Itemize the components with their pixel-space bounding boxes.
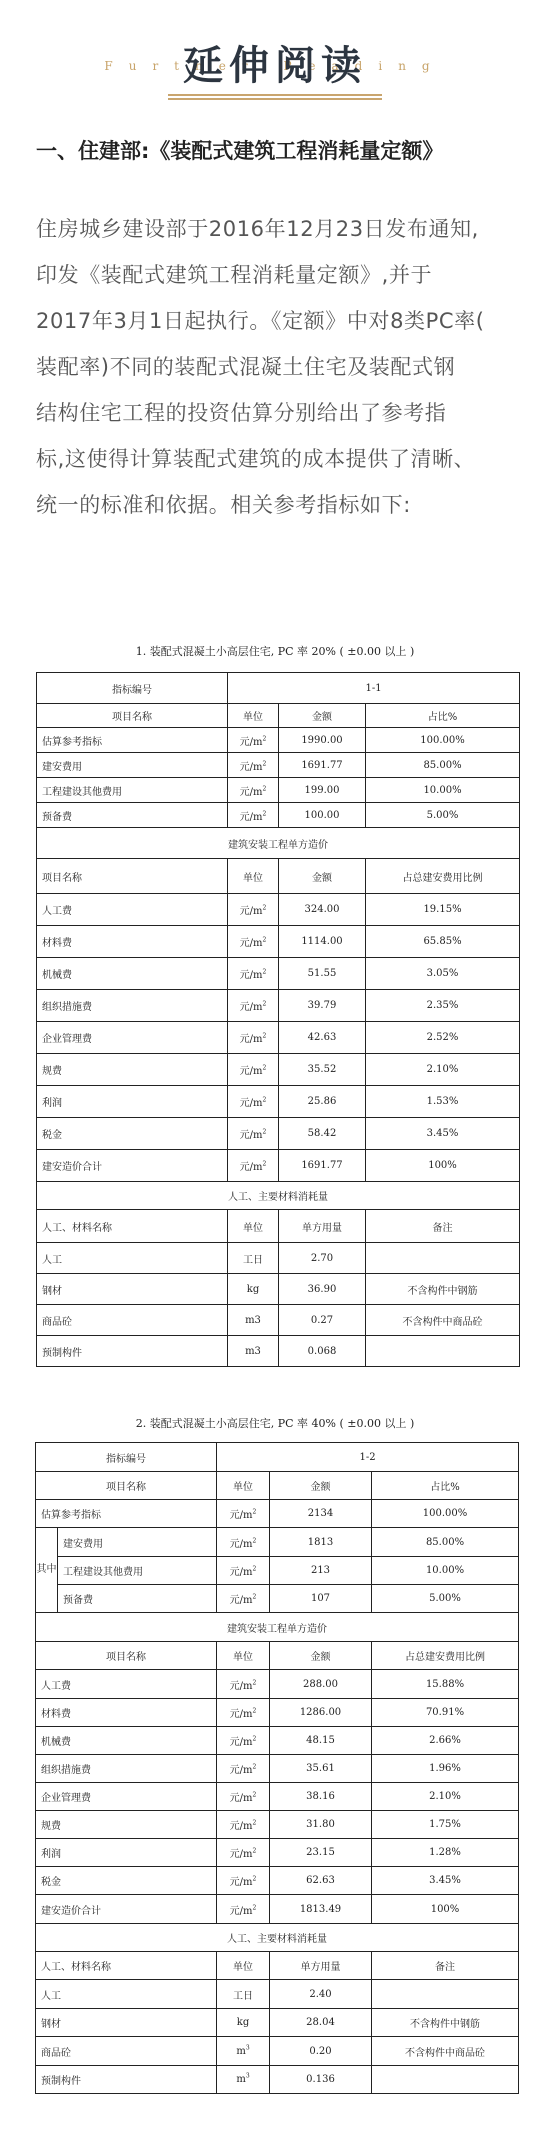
cell-pct: 1.96% (372, 1755, 519, 1783)
cell-pct: 10.00% (366, 778, 520, 803)
cell-name: 机械费 (37, 958, 228, 990)
cell-name: 人工费 (36, 1670, 217, 1699)
table-header-row: 项目名称 单位 金额 占总建安费用比例 (37, 859, 520, 894)
cell-name: 规费 (36, 1811, 217, 1839)
cell-name: 企业管理费 (36, 1783, 217, 1811)
col-header: 金额 (270, 1642, 372, 1670)
table-row: 材料费 元/m2 1286.00 70.91% (36, 1699, 519, 1727)
cell-pct: 1.75% (372, 1811, 519, 1839)
table-header-row: 项目名称 单位 金额 占比% (37, 704, 520, 728)
cell-name: 组织措施费 (37, 990, 228, 1022)
cell-amount: 23.15 (270, 1839, 372, 1867)
cell-unit: 元/m2 (217, 1585, 270, 1613)
cell-unit: 元/m2 (228, 1118, 279, 1150)
header-divider-bottom (168, 98, 382, 100)
cell-pct: 2.66% (372, 1727, 519, 1755)
cell-name: 钢材 (37, 1274, 228, 1305)
cell-name: 材料费 (37, 926, 228, 958)
cell-note: 不含构件中商品砼 (366, 1305, 520, 1336)
cell-amount: 58.42 (279, 1118, 366, 1150)
cell-name: 预备费 (58, 1585, 217, 1613)
table-row: 估算参考指标 元/m2 2134 100.00% (36, 1500, 519, 1528)
cell-amount: 100.00 (279, 803, 366, 828)
cell-amount: 35.52 (279, 1054, 366, 1086)
paragraph-line: 结构住宅工程的投资估算分别给出了参考指 (36, 390, 516, 436)
table-row: 指标编号 1-1 (37, 673, 520, 704)
table-row: 钢材 kg 28.04 不含构件中钢筋 (36, 2009, 519, 2037)
cell-note: 不含构件中商品砼 (372, 2037, 519, 2066)
cell-name: 钢材 (36, 2009, 217, 2037)
index-value: 1-1 (228, 673, 520, 704)
cell-name: 建安造价合计 (37, 1150, 228, 1182)
cell-pct: 2.35% (366, 990, 520, 1022)
cell-pct: 2.10% (366, 1054, 520, 1086)
cell-unit: m3 (228, 1336, 279, 1367)
cell-unit: 元/m2 (228, 1086, 279, 1118)
cell-pct: 85.00% (372, 1528, 519, 1557)
col-header: 占比% (372, 1472, 519, 1500)
cell-pct: 3.45% (366, 1118, 520, 1150)
cell-unit: 元/m2 (228, 803, 279, 828)
cell-unit: 元/m2 (217, 1699, 270, 1727)
cell-pct: 10.00% (372, 1557, 519, 1585)
cell-pct: 85.00% (366, 753, 520, 778)
table-1: 指标编号 1-1 项目名称 单位 金额 占比% 估算参考指标 元/m2 1990… (36, 672, 520, 1367)
cell-amount: 62.63 (270, 1867, 372, 1895)
cell-amount: 213 (270, 1557, 372, 1585)
header-title: 延伸阅读 (0, 42, 550, 90)
cell-name: 税金 (36, 1867, 217, 1895)
cell-amount: 1990.00 (279, 728, 366, 753)
cell-unit: 元/m2 (228, 1054, 279, 1086)
cell-amount: 35.61 (270, 1755, 372, 1783)
table-row: 商品砼 m3 0.27 不含构件中商品砼 (37, 1305, 520, 1336)
table-row: 税金 元/m2 58.42 3.45% (37, 1118, 520, 1150)
cell-unit: 元/m2 (217, 1727, 270, 1755)
cell-pct: 2.10% (372, 1783, 519, 1811)
group-label: 其中 (36, 1528, 58, 1613)
cell-unit: m3 (217, 2066, 270, 2094)
table-1-title: 1. 装配式混凝土小高层住宅, PC 率 20% ( ±0.00 以上 ) (0, 644, 550, 660)
cell-qty: 28.04 (270, 2009, 372, 2037)
col-header: 占比% (366, 704, 520, 728)
cell-name: 商品砼 (36, 2037, 217, 2066)
cell-name: 预制构件 (36, 2066, 217, 2094)
table-header-row: 人工、材料名称 单位 单方用量 备注 (36, 1952, 519, 1980)
table-row: 利润 元/m2 23.15 1.28% (36, 1839, 519, 1867)
cell-unit: kg (217, 2009, 270, 2037)
table-row: 建安造价合计 元/m2 1691.77 100% (37, 1150, 520, 1182)
cell-pct: 100.00% (366, 728, 520, 753)
cell-amount: 324.00 (279, 894, 366, 926)
cell-name: 利润 (37, 1086, 228, 1118)
index-label: 指标编号 (37, 673, 228, 704)
cell-name: 建安造价合计 (36, 1895, 217, 1924)
index-label: 指标编号 (36, 1443, 217, 1472)
paragraph-line: 2017年3月1日起执行。《定额》中对8类PC率( (36, 298, 516, 344)
cell-unit: 元/m2 (228, 1022, 279, 1054)
col-header: 占总建安费用比例 (366, 859, 520, 894)
cell-pct: 1.53% (366, 1086, 520, 1118)
section-row: 建筑安装工程单方造价 (36, 1613, 519, 1642)
cell-name: 估算参考指标 (37, 728, 228, 753)
table-row: 预制构件 m3 0.136 (36, 2066, 519, 2094)
cell-note: 不含构件中钢筋 (366, 1274, 520, 1305)
cell-note: 不含构件中钢筋 (372, 2009, 519, 2037)
cell-pct: 70.91% (372, 1699, 519, 1727)
cell-name: 建安费用 (37, 753, 228, 778)
cell-unit: 工日 (228, 1243, 279, 1274)
table-row: 预备费 元/m2 100.00 5.00% (37, 803, 520, 828)
cell-pct: 2.52% (366, 1022, 520, 1054)
cell-pct: 19.15% (366, 894, 520, 926)
section-title: 建筑安装工程单方造价 (37, 828, 520, 859)
table-row: 机械费 元/m2 48.15 2.66% (36, 1727, 519, 1755)
cell-unit: 元/m2 (217, 1557, 270, 1585)
cell-unit: 元/m2 (217, 1783, 270, 1811)
cell-name: 预备费 (37, 803, 228, 828)
paragraph-line: 装配率)不同的装配式混凝土住宅及装配式钢 (36, 344, 516, 390)
index-value: 1-2 (217, 1443, 519, 1472)
cell-pct: 3.05% (366, 958, 520, 990)
col-header: 项目名称 (36, 1642, 217, 1670)
cell-name: 人工 (37, 1243, 228, 1274)
cell-qty: 2.40 (270, 1980, 372, 2009)
cell-note (366, 1243, 520, 1274)
table-header-row: 人工、材料名称 单位 单方用量 备注 (37, 1210, 520, 1243)
cell-unit: 元/m2 (228, 728, 279, 753)
cell-name: 估算参考指标 (36, 1500, 217, 1528)
cell-unit: 工日 (217, 1980, 270, 2009)
cell-pct: 100% (366, 1150, 520, 1182)
table-row: 机械费 元/m2 51.55 3.05% (37, 958, 520, 990)
table-row: 企业管理费 元/m2 42.63 2.52% (37, 1022, 520, 1054)
cell-pct: 3.45% (372, 1867, 519, 1895)
cell-amount: 1813.49 (270, 1895, 372, 1924)
section-row: 人工、主要材料消耗量 (36, 1924, 519, 1952)
col-header: 占总建安费用比例 (372, 1642, 519, 1670)
cell-pct: 5.00% (372, 1585, 519, 1613)
table-row: 工程建设其他费用 元/m2 213 10.00% (36, 1557, 519, 1585)
cell-amount: 39.79 (279, 990, 366, 1022)
cell-name: 建安费用 (58, 1528, 217, 1557)
col-header: 金额 (279, 859, 366, 894)
col-header: 项目名称 (37, 859, 228, 894)
cell-name: 机械费 (36, 1727, 217, 1755)
cell-pct: 15.88% (372, 1670, 519, 1699)
table-row: 人工费 元/m2 324.00 19.15% (37, 894, 520, 926)
table-2: 指标编号 1-2 项目名称 单位 金额 占比% 估算参考指标 元/m2 2134… (35, 1442, 519, 2094)
cell-amount: 1813 (270, 1528, 372, 1557)
cell-unit: 元/m2 (228, 753, 279, 778)
cell-qty: 0.27 (279, 1305, 366, 1336)
cell-name: 企业管理费 (37, 1022, 228, 1054)
table-row: 钢材 kg 36.90 不含构件中钢筋 (37, 1274, 520, 1305)
col-header: 单方用量 (279, 1210, 366, 1243)
cell-unit: m3 (217, 2037, 270, 2066)
cell-unit: 元/m2 (228, 926, 279, 958)
cell-pct: 5.00% (366, 803, 520, 828)
col-header: 人工、材料名称 (36, 1952, 217, 1980)
col-header: 金额 (270, 1472, 372, 1500)
cell-amount: 1691.77 (279, 1150, 366, 1182)
cell-note (372, 1980, 519, 2009)
cell-name: 商品砼 (37, 1305, 228, 1336)
table-row: 其中 建安费用 元/m2 1813 85.00% (36, 1528, 519, 1557)
section-heading: 一、住建部:《装配式建筑工程消耗量定额》 (36, 136, 443, 166)
col-header: 人工、材料名称 (37, 1210, 228, 1243)
cell-amount: 107 (270, 1585, 372, 1613)
cell-note (372, 2066, 519, 2094)
section-paragraph: 住房城乡建设部于2016年12月23日发布通知, 印发《装配式建筑工程消耗量定额… (36, 206, 516, 528)
cell-amount: 199.00 (279, 778, 366, 803)
cell-name: 利润 (36, 1839, 217, 1867)
table-row: 组织措施费 元/m2 35.61 1.96% (36, 1755, 519, 1783)
cell-qty: 0.136 (270, 2066, 372, 2094)
cell-unit: 元/m2 (217, 1755, 270, 1783)
cell-unit: 元/m2 (228, 990, 279, 1022)
cell-pct: 100% (372, 1895, 519, 1924)
col-header: 单位 (217, 1472, 270, 1500)
cell-amount: 1286.00 (270, 1699, 372, 1727)
paragraph-line: 统一的标准和依据。相关参考指标如下: (36, 482, 516, 528)
cell-unit: kg (228, 1274, 279, 1305)
table-row: 工程建设其他费用 元/m2 199.00 10.00% (37, 778, 520, 803)
paragraph-line: 印发《装配式建筑工程消耗量定额》,并于 (36, 252, 516, 298)
col-header: 项目名称 (36, 1472, 217, 1500)
cell-pct: 100.00% (372, 1500, 519, 1528)
cell-amount: 51.55 (279, 958, 366, 990)
col-header: 金额 (279, 704, 366, 728)
cell-unit: 元/m2 (228, 778, 279, 803)
cell-pct: 65.85% (366, 926, 520, 958)
table-row: 规费 元/m2 35.52 2.10% (37, 1054, 520, 1086)
cell-amount: 1691.77 (279, 753, 366, 778)
cell-name: 规费 (37, 1054, 228, 1086)
cell-unit: 元/m2 (217, 1528, 270, 1557)
cell-unit: 元/m2 (228, 894, 279, 926)
table-row: 组织措施费 元/m2 39.79 2.35% (37, 990, 520, 1022)
cell-unit: 元/m2 (217, 1811, 270, 1839)
table-row: 利润 元/m2 25.86 1.53% (37, 1086, 520, 1118)
cell-amount: 2134 (270, 1500, 372, 1528)
cell-name: 组织措施费 (36, 1755, 217, 1783)
table-header-row: 项目名称 单位 金额 占比% (36, 1472, 519, 1500)
cell-amount: 42.63 (279, 1022, 366, 1054)
cell-unit: 元/m2 (217, 1895, 270, 1924)
table-header-row: 项目名称 单位 金额 占总建安费用比例 (36, 1642, 519, 1670)
col-header: 单位 (228, 704, 279, 728)
col-header: 备注 (366, 1210, 520, 1243)
cell-amount: 288.00 (270, 1670, 372, 1699)
cell-unit: 元/m2 (217, 1839, 270, 1867)
table-row: 商品砼 m3 0.20 不含构件中商品砼 (36, 2037, 519, 2066)
col-header: 单位 (217, 1642, 270, 1670)
cell-unit: 元/m2 (217, 1670, 270, 1699)
col-header: 单位 (228, 1210, 279, 1243)
cell-amount: 38.16 (270, 1783, 372, 1811)
cell-unit: 元/m2 (228, 1150, 279, 1182)
cell-amount: 1114.00 (279, 926, 366, 958)
cell-qty: 0.20 (270, 2037, 372, 2066)
table-row: 企业管理费 元/m2 38.16 2.10% (36, 1783, 519, 1811)
table-row: 预制构件 m3 0.068 (37, 1336, 520, 1367)
cell-name: 工程建设其他费用 (58, 1557, 217, 1585)
cell-qty: 2.70 (279, 1243, 366, 1274)
section-title: 建筑安装工程单方造价 (36, 1613, 519, 1642)
table-row: 建安造价合计 元/m2 1813.49 100% (36, 1895, 519, 1924)
section-title: 人工、主要材料消耗量 (36, 1924, 519, 1952)
col-header: 备注 (372, 1952, 519, 1980)
table-row: 人工费 元/m2 288.00 15.88% (36, 1670, 519, 1699)
cell-note (366, 1336, 520, 1367)
section-row: 建筑安装工程单方造价 (37, 828, 520, 859)
cell-unit: 元/m2 (217, 1500, 270, 1528)
cell-name: 工程建设其他费用 (37, 778, 228, 803)
cell-amount: 25.86 (279, 1086, 366, 1118)
table-row: 材料费 元/m2 1114.00 65.85% (37, 926, 520, 958)
table-2-title: 2. 装配式混凝土小高层住宅, PC 率 40% ( ±0.00 以上 ) (0, 1416, 550, 1432)
cell-unit: 元/m2 (217, 1867, 270, 1895)
table-row: 指标编号 1-2 (36, 1443, 519, 1472)
col-header: 项目名称 (37, 704, 228, 728)
cell-pct: 1.28% (372, 1839, 519, 1867)
table-row: 人工 工日 2.70 (37, 1243, 520, 1274)
cell-amount: 48.15 (270, 1727, 372, 1755)
table-row: 建安费用 元/m2 1691.77 85.00% (37, 753, 520, 778)
table-row: 预备费 元/m2 107 5.00% (36, 1585, 519, 1613)
col-header: 单位 (217, 1952, 270, 1980)
cell-name: 预制构件 (37, 1336, 228, 1367)
cell-unit: 元/m2 (228, 958, 279, 990)
cell-qty: 0.068 (279, 1336, 366, 1367)
table-row: 估算参考指标 元/m2 1990.00 100.00% (37, 728, 520, 753)
table-row: 人工 工日 2.40 (36, 1980, 519, 2009)
section-row: 人工、主要材料消耗量 (37, 1182, 520, 1210)
table-row: 规费 元/m2 31.80 1.75% (36, 1811, 519, 1839)
header-divider-top (168, 94, 382, 96)
paragraph-line: 标,这使得计算装配式建筑的成本提供了清晰、 (36, 436, 516, 482)
cell-name: 税金 (37, 1118, 228, 1150)
col-header: 单方用量 (270, 1952, 372, 1980)
paragraph-line: 住房城乡建设部于2016年12月23日发布通知, (36, 206, 516, 252)
cell-name: 材料费 (36, 1699, 217, 1727)
cell-qty: 36.90 (279, 1274, 366, 1305)
cell-amount: 31.80 (270, 1811, 372, 1839)
col-header: 单位 (228, 859, 279, 894)
cell-name: 人工 (36, 1980, 217, 2009)
cell-unit: m3 (228, 1305, 279, 1336)
cell-name: 人工费 (37, 894, 228, 926)
table-row: 税金 元/m2 62.63 3.45% (36, 1867, 519, 1895)
section-title: 人工、主要材料消耗量 (37, 1182, 520, 1210)
